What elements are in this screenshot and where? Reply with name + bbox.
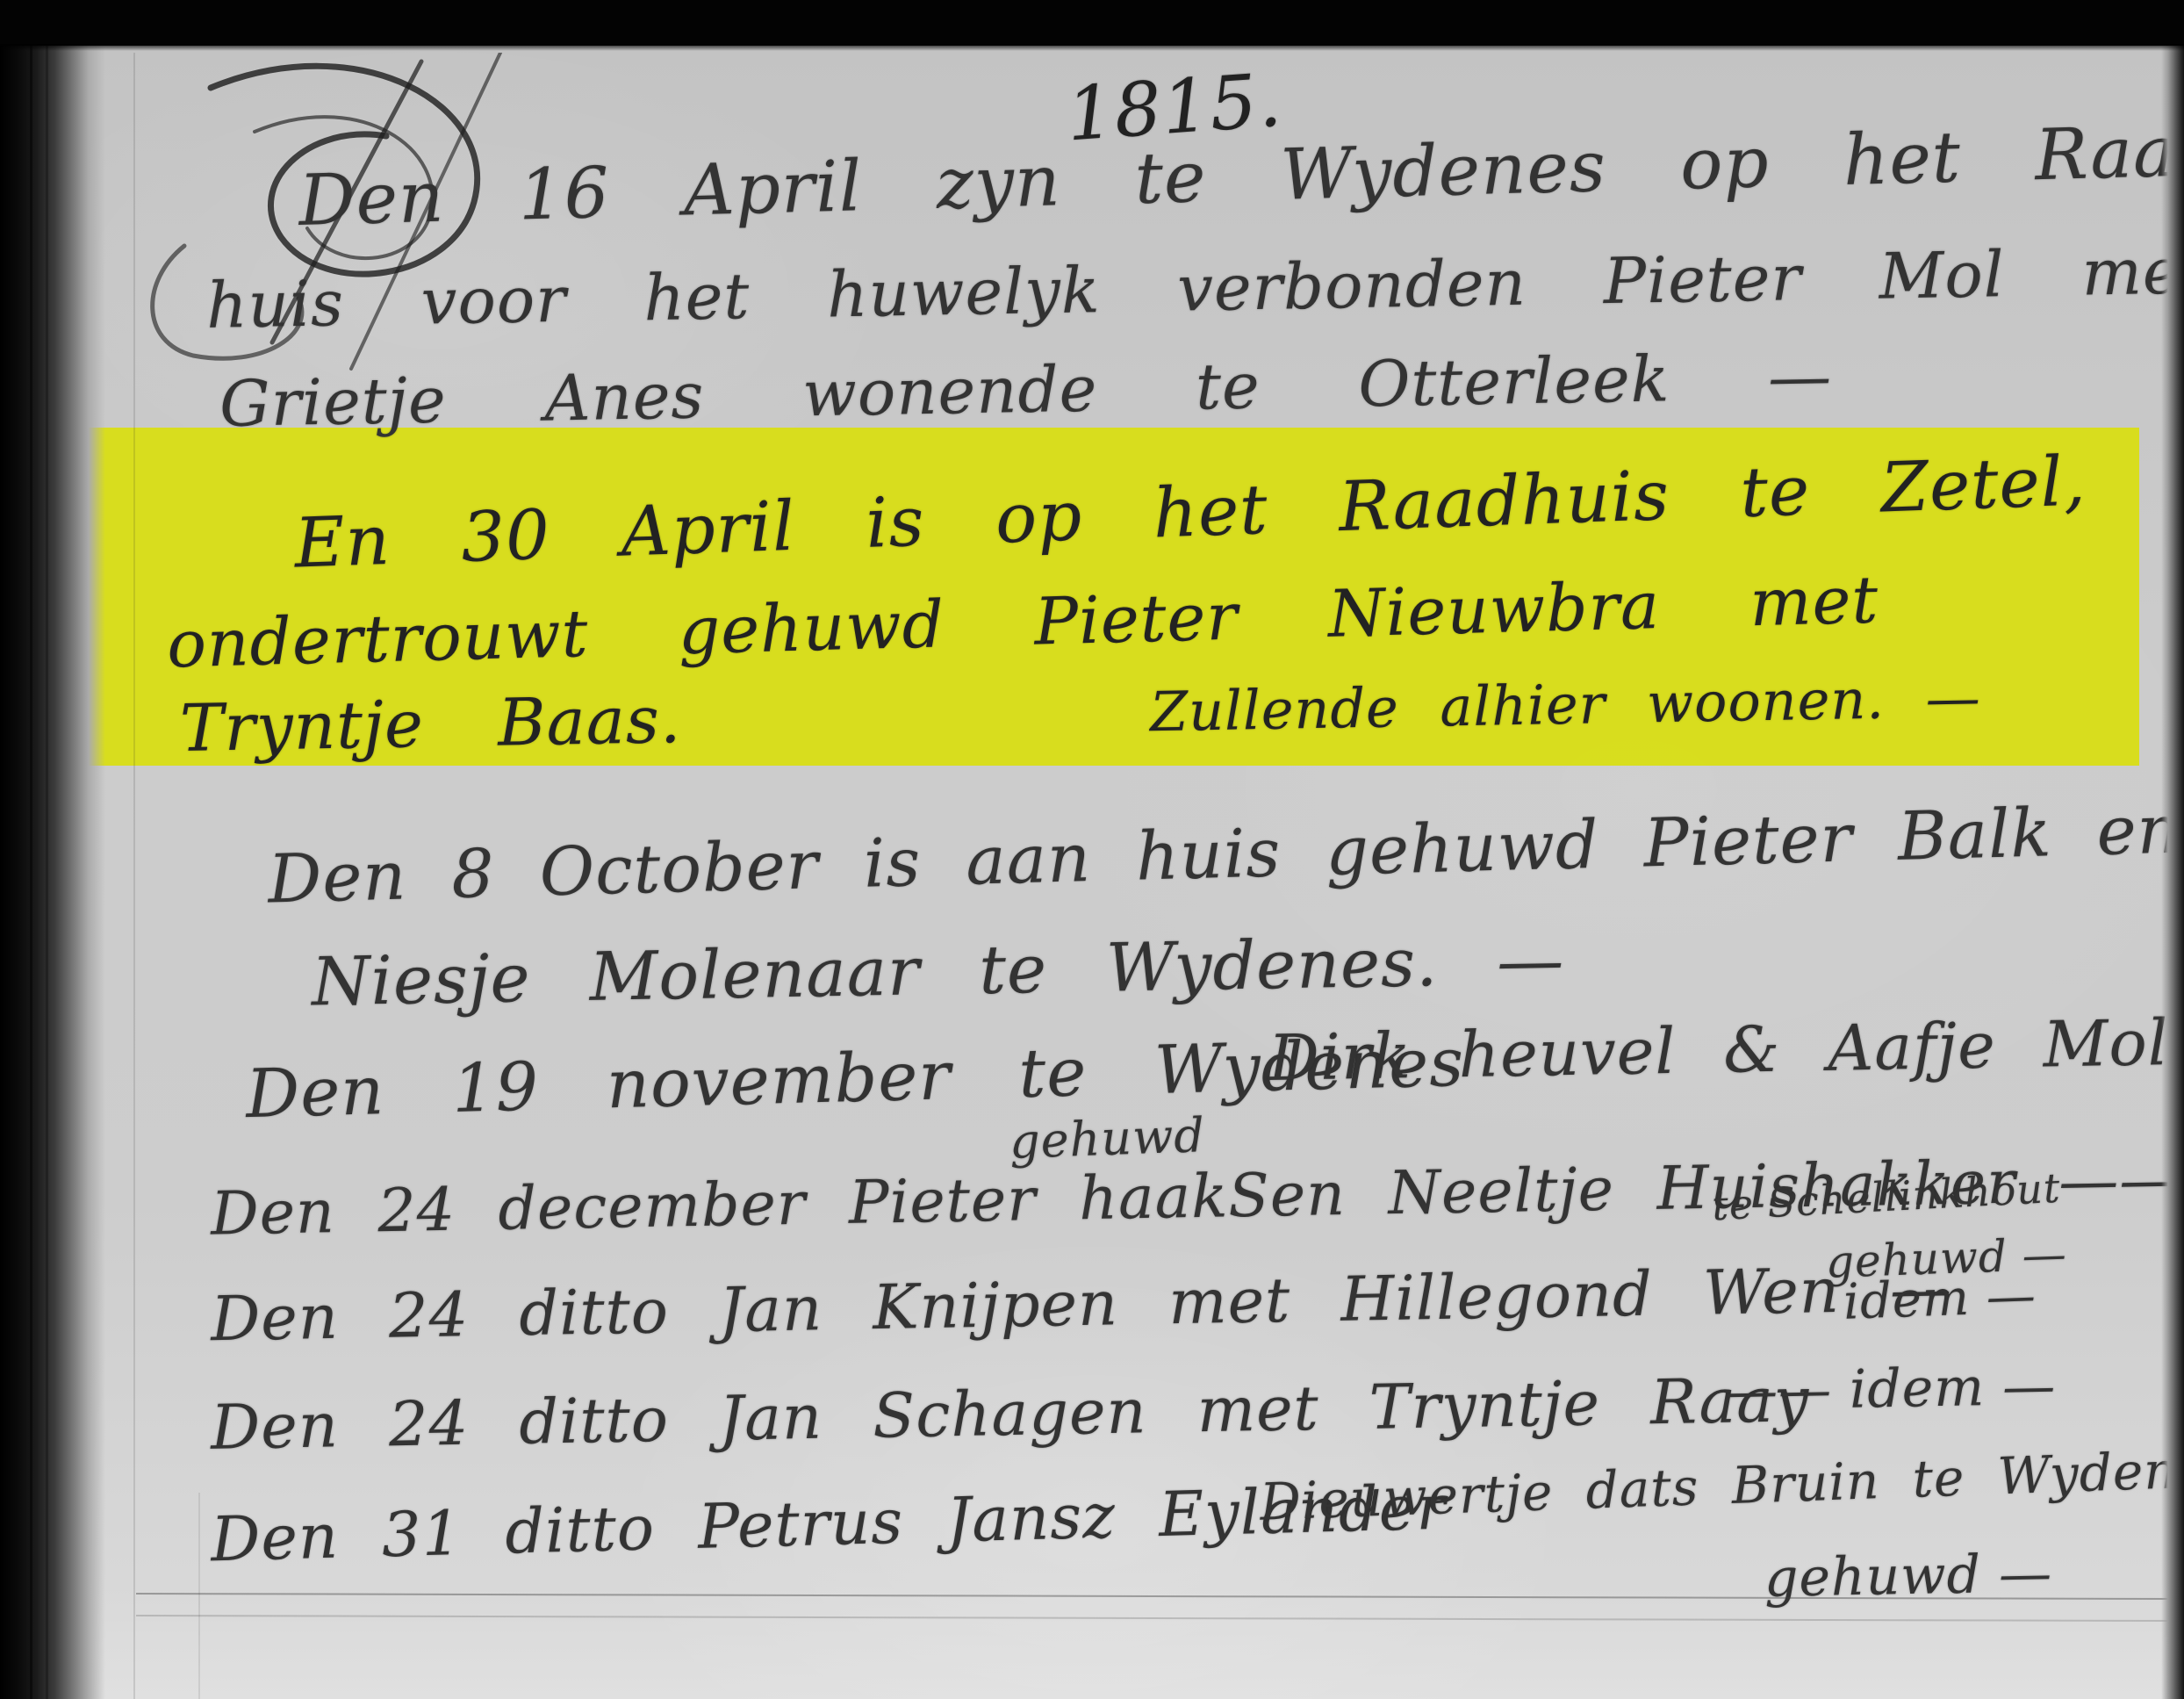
entry-december24b-margin: idem — (1843, 1271, 2037, 1328)
right-scan-edge (2161, 0, 2184, 1699)
margin-rule (133, 53, 135, 1699)
entry-december24c-margin: —— idem — (1725, 1360, 2057, 1419)
entry-december24a-interlinear: gehuwd (1009, 1112, 1206, 1166)
margin-rule-secondary (198, 1493, 200, 1699)
entry-april30-line4: Zullende alhier woonen. — (1150, 671, 1982, 740)
binding-streak (30, 0, 32, 1699)
book-binding-edge (0, 0, 105, 1699)
entry-april30-line3: Tryntje Baas. (179, 688, 682, 761)
scanned-register-page: 1815. Den 16 April zyn te Wydenes op het… (0, 0, 2184, 1699)
entry-november19-line2: Dirk heuvel & Aafje Mol (1268, 1011, 2169, 1090)
binding-streak (46, 0, 48, 1699)
top-scan-border (0, 0, 2184, 46)
